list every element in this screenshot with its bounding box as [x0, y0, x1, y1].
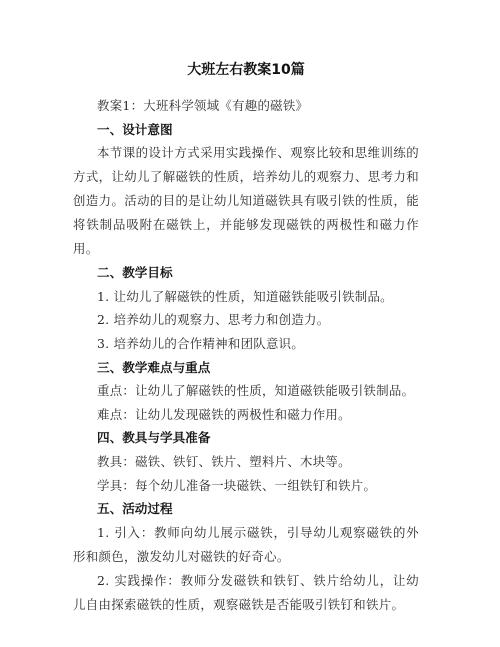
- section-heading: 五、活动过程: [73, 497, 419, 521]
- section-materials: 四、教具与学具准备 教具：磁铁、铁钉、铁片、塑料片、木块等。 学具：每个幼儿准备…: [73, 426, 419, 497]
- lesson-subtitle: 教案1：大班科学领域《有趣的磁铁》: [73, 94, 419, 118]
- paragraph: 1. 引入：教师向幼儿展示磁铁，引导幼儿观察磁铁的外形和颜色，激发幼儿对磁铁的好…: [73, 521, 419, 569]
- document-title: 大班左右教案10篇: [73, 60, 419, 80]
- list-item: 3. 培养幼儿的合作精神和团队意识。: [73, 332, 419, 356]
- section-heading: 三、教学难点与重点: [73, 356, 419, 380]
- paragraph: 2. 实践操作：教师分发磁铁和铁钉、铁片给幼儿，让幼儿自由探索磁铁的性质，观察磁…: [73, 569, 419, 617]
- section-key-points: 三、教学难点与重点 重点：让幼儿了解磁铁的性质，知道磁铁能吸引铁制品。 难点：让…: [73, 356, 419, 427]
- list-item: 教具：磁铁、铁钉、铁片、塑料片、木块等。: [73, 450, 419, 474]
- paragraph: 本节课的设计方式采用实践操作、观察比较和思维训练的方式，让幼儿了解磁铁的性质，培…: [73, 141, 419, 261]
- list-item: 学具：每个幼儿准备一块磁铁、一组铁钉和铁片。: [73, 474, 419, 498]
- list-item: 1. 让幼儿了解磁铁的性质，知道磁铁能吸引铁制品。: [73, 285, 419, 309]
- section-heading: 一、设计意图: [73, 118, 419, 142]
- list-item: 重点：让幼儿了解磁铁的性质，知道磁铁能吸引铁制品。: [73, 379, 419, 403]
- list-item: 难点：让幼儿发现磁铁的两极性和磁力作用。: [73, 403, 419, 427]
- section-teaching-goals: 二、教学目标 1. 让幼儿了解磁铁的性质，知道磁铁能吸引铁制品。 2. 培养幼儿…: [73, 261, 419, 355]
- section-design-intent: 一、设计意图 本节课的设计方式采用实践操作、观察比较和思维训练的方式，让幼儿了解…: [73, 118, 419, 262]
- document-page: 大班左右教案10篇 教案1：大班科学领域《有趣的磁铁》 一、设计意图 本节课的设…: [73, 60, 419, 617]
- section-heading: 四、教具与学具准备: [73, 426, 419, 450]
- section-heading: 二、教学目标: [73, 261, 419, 285]
- list-item: 2. 培养幼儿的观察力、思考力和创造力。: [73, 308, 419, 332]
- section-activity-process: 五、活动过程 1. 引入：教师向幼儿展示磁铁，引导幼儿观察磁铁的外形和颜色，激发…: [73, 497, 419, 617]
